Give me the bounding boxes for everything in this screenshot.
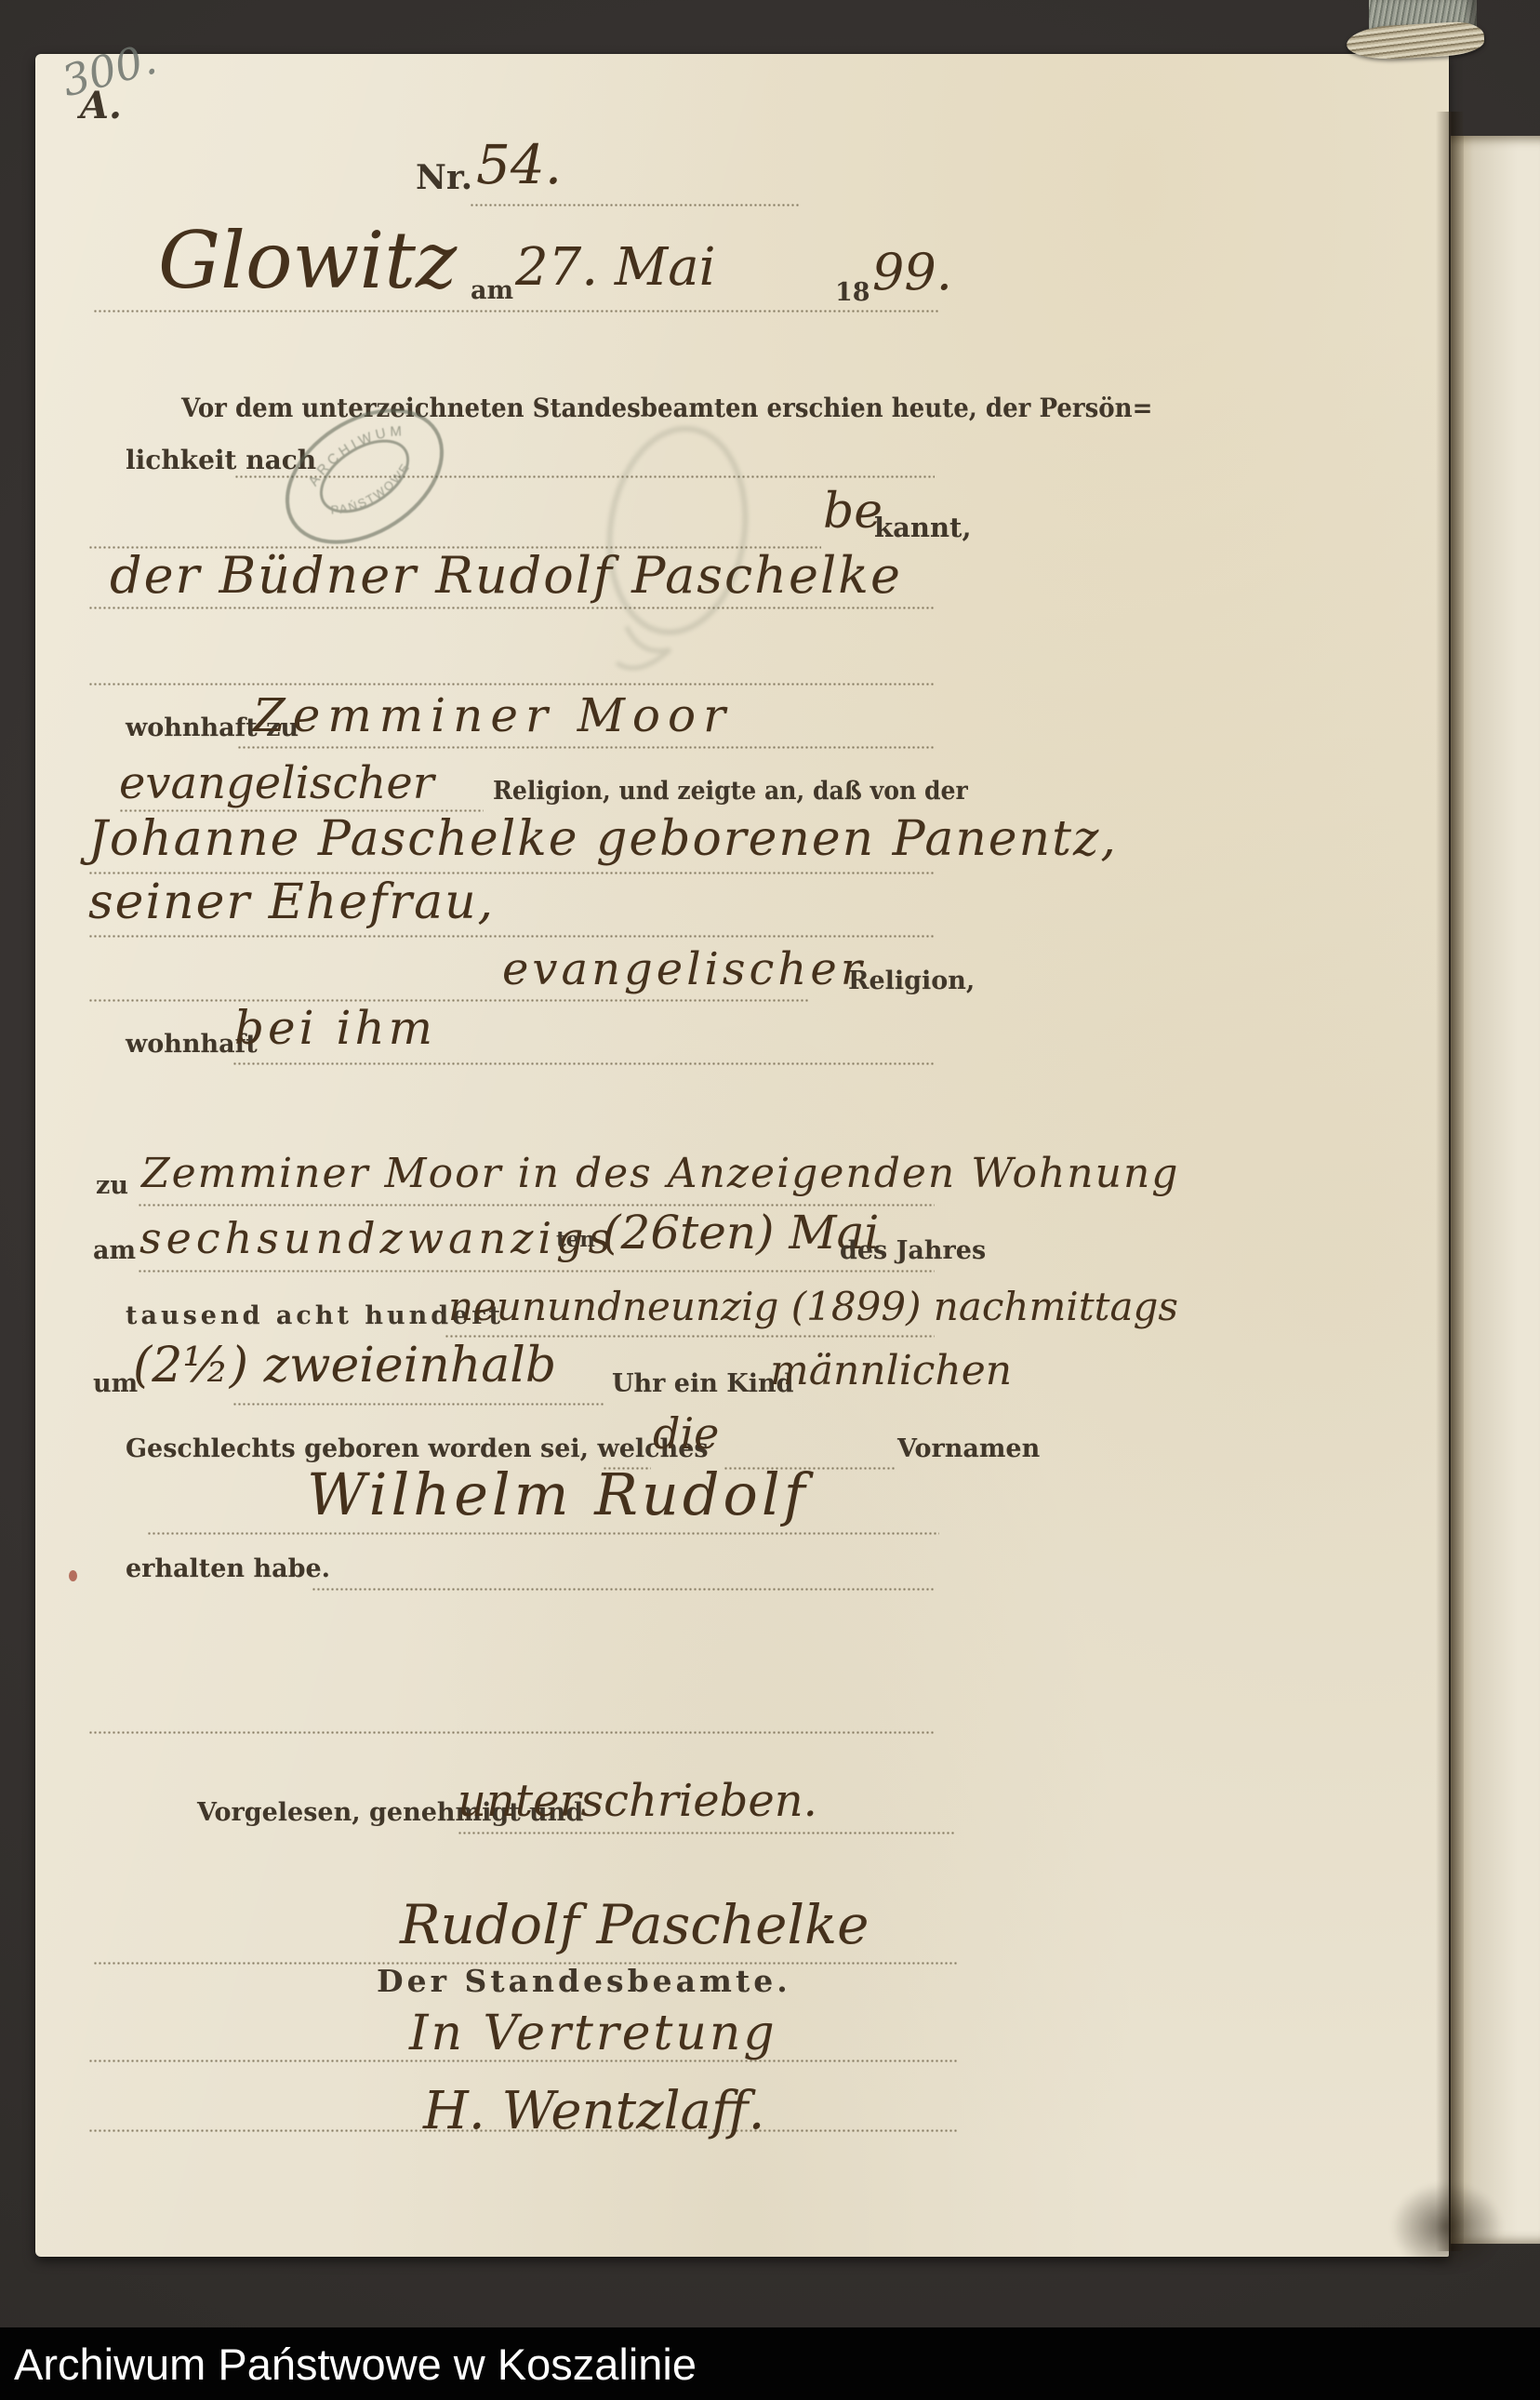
- date-value: 27. Mai: [515, 242, 716, 294]
- document-scan: 300. A. Nr. 54. Glowitz am 27. Mai 18 99…: [0, 0, 1540, 2400]
- birthdate-ten-label: ten: [556, 1228, 595, 1251]
- page-edges-curl: [1346, 20, 1485, 61]
- gutter-crease: [1436, 112, 1464, 2251]
- birthdate-entry: sechsundzwanzigs: [139, 1217, 615, 1260]
- resident2-entry: bei ihm: [234, 1005, 436, 1051]
- dotted-rule: [88, 1731, 935, 1734]
- dotted-rule: [458, 1832, 955, 1834]
- registrar-signature: H. Wentzlaff.: [423, 2086, 764, 2138]
- birthdate-am-label: am: [93, 1237, 136, 1265]
- gutter-shadow: [1391, 2182, 1503, 2272]
- am-label: am: [471, 277, 513, 305]
- registrar-label: Der Standesbeamte.: [377, 1965, 791, 1998]
- year-prefix: 18: [835, 279, 870, 307]
- known-label: kannt,: [874, 513, 972, 543]
- deputy-note: In Vertretung: [409, 2009, 777, 2058]
- birthdate-paren-entry: (26ten) Mai: [603, 1209, 879, 1256]
- religion2-entry: evangelischer: [502, 947, 866, 992]
- dotted-rule: [147, 1532, 939, 1535]
- vornamen-label: Vornamen: [897, 1435, 1040, 1463]
- child-name-entry: Wilhelm Rudolf: [307, 1466, 809, 1524]
- dotted-rule: [232, 1062, 935, 1065]
- dotted-rule: [312, 1588, 935, 1591]
- received-label: erhalten habe.: [126, 1555, 330, 1583]
- time-uhr-label: Uhr ein Kind: [612, 1370, 794, 1398]
- next-page-edge: [1451, 136, 1540, 2244]
- archive-footer-label: Archiwum Państwowe w Koszalinie: [0, 2339, 697, 2390]
- birthdate-year-label: des Jahres: [840, 1237, 986, 1265]
- archive-footer-bar: Archiwum Państwowe w Koszalinie: [0, 2327, 1540, 2400]
- gender-entry: männlichen: [770, 1351, 1012, 1392]
- dotted-rule: [93, 310, 939, 313]
- dotted-rule: [237, 746, 935, 749]
- declarant-signature: Rudolf Paschelke: [400, 1898, 869, 1952]
- dotted-rule: [88, 999, 809, 1002]
- religion1-label: Religion, und zeigte an, daß von der: [493, 778, 968, 806]
- mother-entry: Johanne Paschelke geborenen Panentz,: [88, 815, 1118, 863]
- closing-entry: unterschrieben.: [458, 1779, 817, 1823]
- dotted-rule: [138, 1270, 935, 1273]
- year-value: 99.: [872, 247, 952, 298]
- declarant-entry: der Büdner Rudolf Paschelke: [110, 551, 902, 601]
- section-letter: A.: [80, 86, 122, 127]
- time-entry: (2½) zweieinhalb: [133, 1341, 556, 1390]
- article-entry: die: [653, 1412, 719, 1455]
- year-words-entry: neunundneunzig (1899) nachmittags: [448, 1287, 1178, 1327]
- dotted-rule: [88, 683, 935, 686]
- dotted-rule: [88, 935, 935, 938]
- dotted-rule: [470, 204, 800, 207]
- religion2-label: Religion,: [848, 967, 975, 995]
- mother-relation-entry: seiner Ehefrau,: [88, 878, 495, 927]
- year-words-label: tausend acht hundert: [126, 1302, 504, 1330]
- place-value: Glowitz: [158, 221, 457, 300]
- dotted-rule: [88, 607, 935, 609]
- religion1-entry: evangelischer: [119, 761, 434, 806]
- nr-label: Nr.: [416, 160, 472, 197]
- gender-line-label: Geschlechts geboren worden sei, welches: [126, 1435, 709, 1463]
- birthplace-entry: Zemminer Moor in des Anzeigenden Wohnung: [141, 1153, 1179, 1194]
- dotted-rule: [232, 1403, 604, 1406]
- time-um-label: um: [93, 1370, 138, 1398]
- residence-entry: Zemminer Moor: [253, 692, 733, 739]
- birthplace-label: zu: [96, 1172, 128, 1200]
- nr-value: 54.: [476, 138, 562, 192]
- ink-speck: [69, 1570, 77, 1581]
